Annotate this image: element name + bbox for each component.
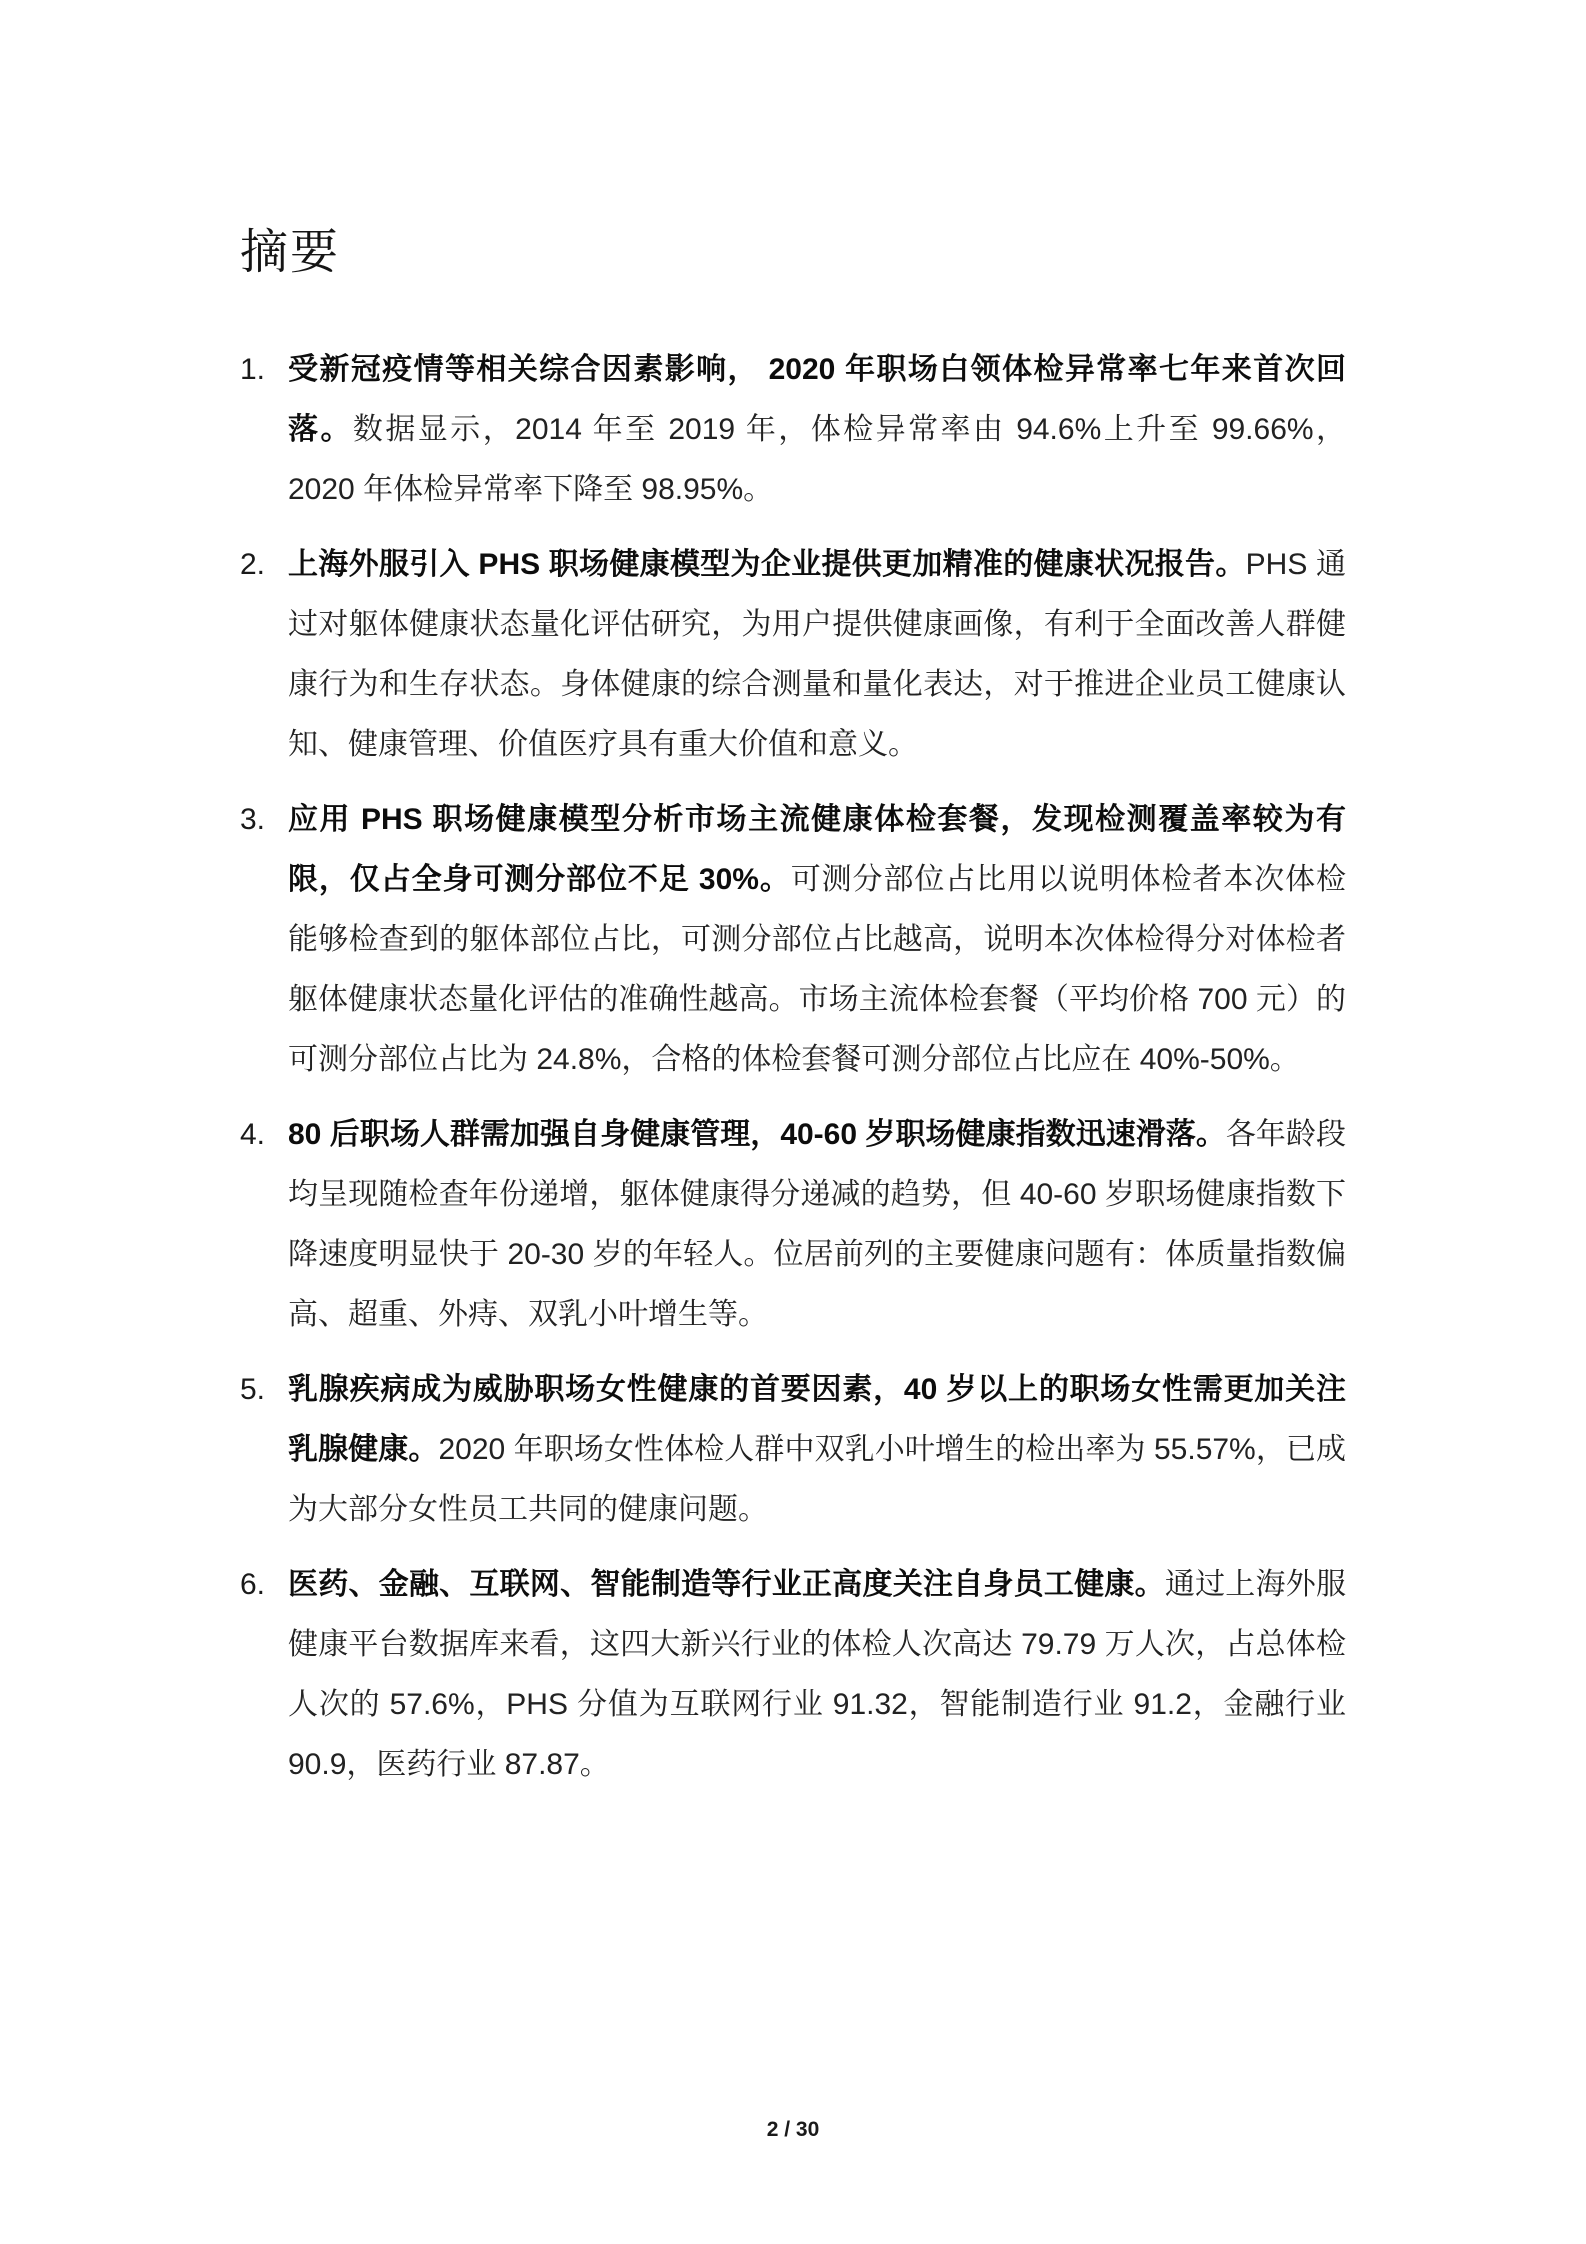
item-lead-sentence: 80 后职场人群需加强自身健康管理，40-60 岁职场健康指数迅速滑落。: [288, 1118, 1226, 1151]
list-item: 5. 乳腺疾病成为威胁职场女性健康的首要因素，40 岁以上的职场女性需更加关注乳…: [240, 1360, 1346, 1540]
item-text: 受新冠疫情等相关综合因素影响， 2020 年职场白领体检异常率七年来首次回落。数…: [288, 340, 1346, 520]
item-number: 2.: [240, 535, 288, 595]
item-text: 上海外服引入 PHS 职场健康模型为企业提供更加精准的健康状况报告。PHS 通过…: [288, 535, 1346, 775]
item-number: 5.: [240, 1360, 288, 1420]
abstract-section: 摘要 1. 受新冠疫情等相关综合因素影响， 2020 年职场白领体检异常率七年来…: [240, 222, 1346, 1810]
item-number: 1.: [240, 340, 288, 400]
item-lead-sentence: 上海外服引入 PHS 职场健康模型为企业提供更加精准的健康状况报告。: [288, 548, 1246, 581]
item-body-text: 数据显示，2014 年至 2019 年，体检异常率由 94.6%上升至 99.6…: [288, 413, 1346, 506]
list-item: 6. 医药、金融、互联网、智能制造等行业正高度关注自身员工健康。通过上海外服健康…: [240, 1555, 1346, 1795]
item-number: 6.: [240, 1555, 288, 1615]
list-item: 2. 上海外服引入 PHS 职场健康模型为企业提供更加精准的健康状况报告。PHS…: [240, 535, 1346, 775]
list-item: 1. 受新冠疫情等相关综合因素影响， 2020 年职场白领体检异常率七年来首次回…: [240, 340, 1346, 520]
item-lead-sentence: 医药、金融、互联网、智能制造等行业正高度关注自身员工健康。: [288, 1568, 1165, 1601]
item-text: 乳腺疾病成为威胁职场女性健康的首要因素，40 岁以上的职场女性需更加关注乳腺健康…: [288, 1360, 1346, 1540]
page-title: 摘要: [240, 222, 1346, 284]
item-text: 80 后职场人群需加强自身健康管理，40-60 岁职场健康指数迅速滑落。各年龄段…: [288, 1105, 1346, 1345]
item-body-text: 2020 年职场女性体检人群中双乳小叶增生的检出率为 55.57%，已成为大部分…: [288, 1433, 1346, 1526]
page-footer: 2 / 30: [0, 2118, 1586, 2142]
item-number: 4.: [240, 1105, 288, 1165]
item-text: 应用 PHS 职场健康模型分析市场主流健康体检套餐，发现检测覆盖率较为有限，仅占…: [288, 790, 1346, 1090]
page-number: 2 / 30: [767, 2118, 820, 2141]
item-text: 医药、金融、互联网、智能制造等行业正高度关注自身员工健康。通过上海外服健康平台数…: [288, 1555, 1346, 1795]
item-number: 3.: [240, 790, 288, 850]
list-item: 3. 应用 PHS 职场健康模型分析市场主流健康体检套餐，发现检测覆盖率较为有限…: [240, 790, 1346, 1090]
abstract-list: 1. 受新冠疫情等相关综合因素影响， 2020 年职场白领体检异常率七年来首次回…: [240, 340, 1346, 1795]
list-item: 4. 80 后职场人群需加强自身健康管理，40-60 岁职场健康指数迅速滑落。各…: [240, 1105, 1346, 1345]
